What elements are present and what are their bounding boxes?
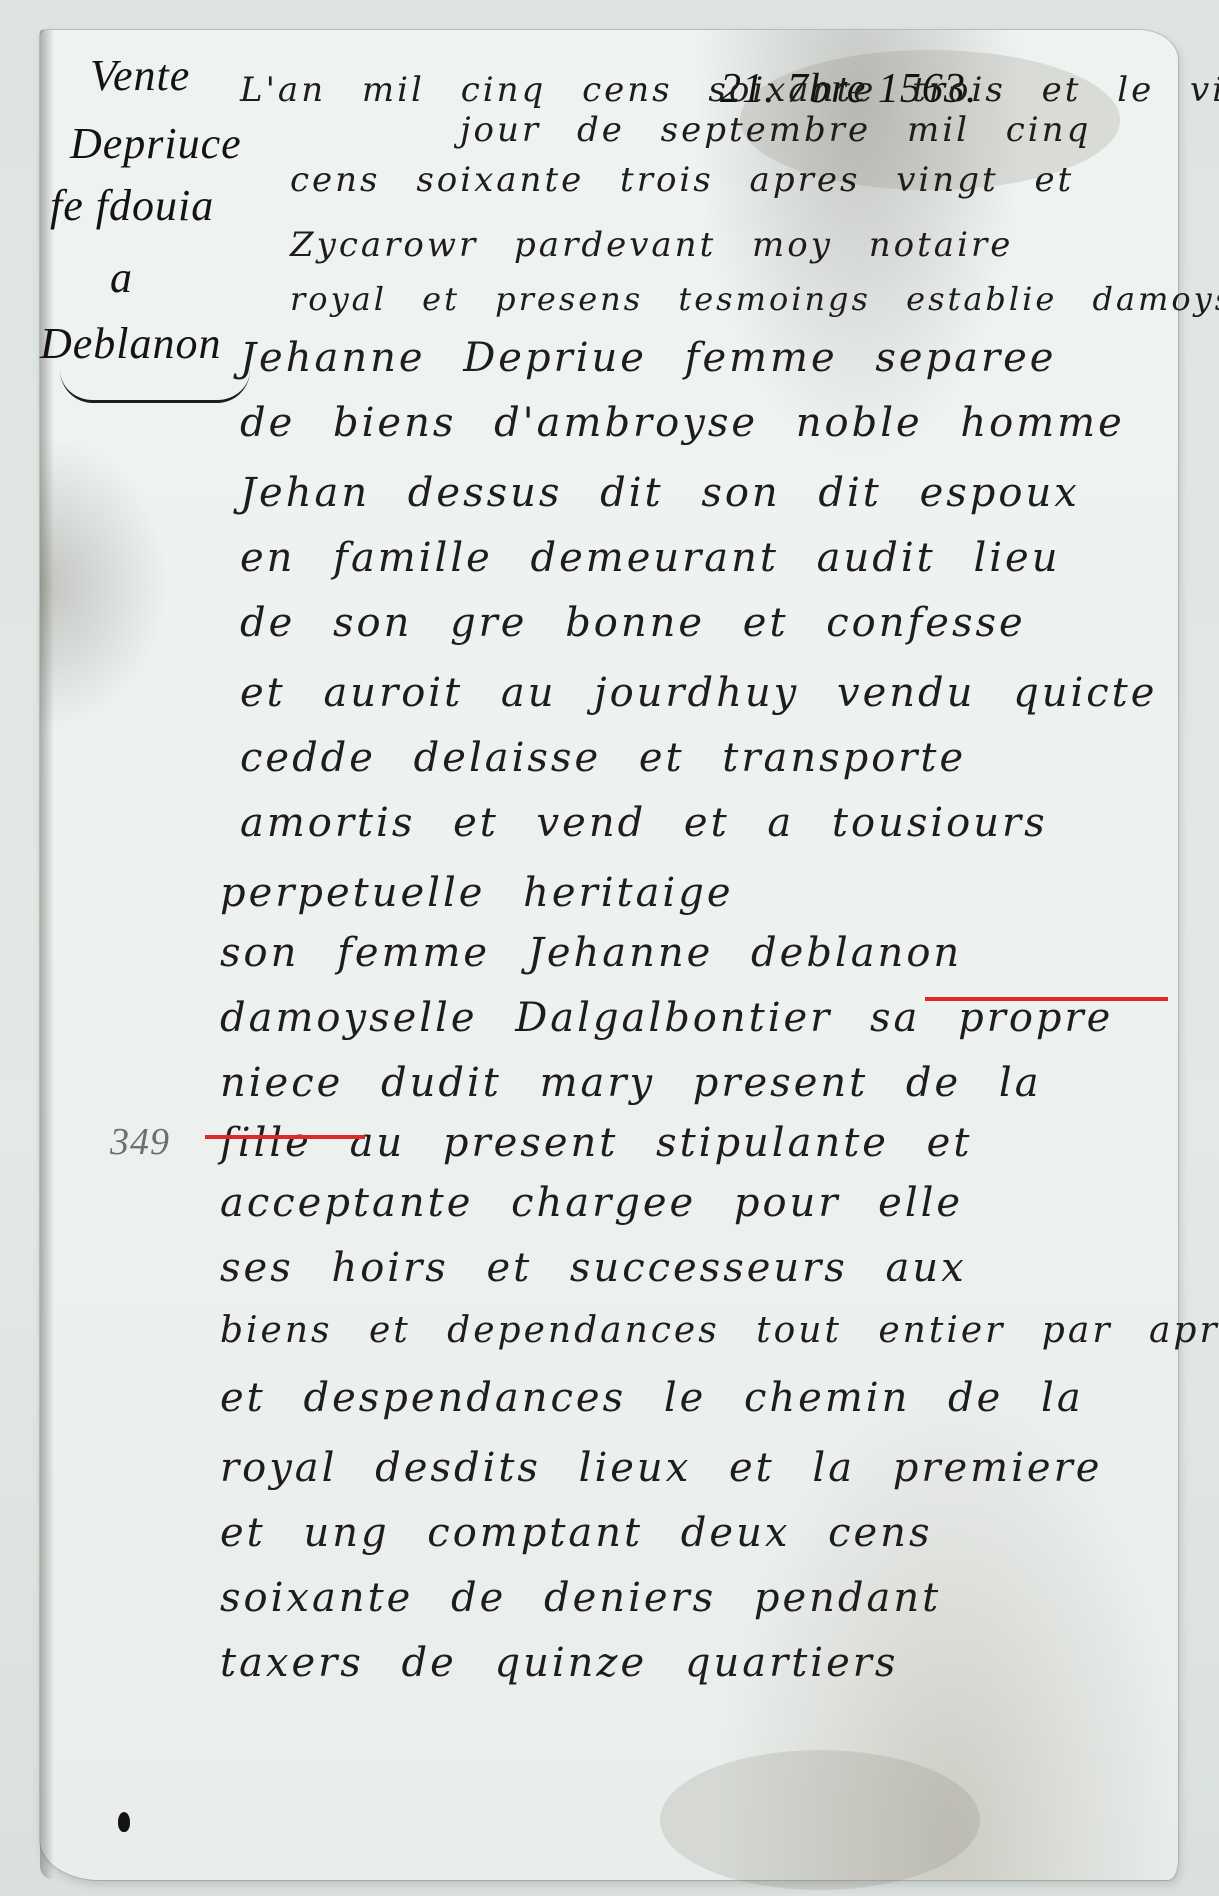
margin-flourish <box>60 370 250 403</box>
manuscript-sheet: Vente Depriuce fe fdouia a Deblanon 349 … <box>40 30 1178 1880</box>
body-line-24: et ung comptant deux cens <box>220 1510 932 1556</box>
margin-note-line-5: Deblanon <box>40 318 222 369</box>
body-line-2: jour de septembre mil cinq <box>460 110 1091 150</box>
body-line-22: et despendances le chemin de la <box>220 1375 1084 1421</box>
margin-note-line-3: fe fdouia <box>50 180 214 231</box>
body-line-11: et auroit au jourdhuy vendu quicte <box>240 670 1157 716</box>
body-line-16: damoyselle Dalgalbontier sa propre <box>220 995 1113 1041</box>
ink-hole-mark <box>118 1812 130 1832</box>
body-line-5: royal et presens tesmoings establie damo… <box>290 280 1219 318</box>
body-line-4: Zycarowr pardevant moy notaire <box>290 225 1013 265</box>
body-line-1: L'an mil cinq cens soixante trois et le … <box>240 70 1219 110</box>
body-line-25: soixante de deniers pendant <box>220 1575 941 1621</box>
body-line-10: de son gre bonne et confesse <box>240 600 1026 646</box>
body-line-20: ses hoirs et successeurs aux <box>220 1245 967 1291</box>
body-line-12: cedde delaisse et transporte <box>240 735 966 781</box>
body-line-8: Jehan dessus dit son dit espoux <box>240 470 1080 516</box>
body-line-21: biens et dependances tout entier par apr… <box>220 1310 1219 1351</box>
body-line-19: acceptante chargee pour elle <box>220 1180 963 1226</box>
red-underline-deblanon <box>925 997 1168 1001</box>
body-line-9: en famille demeurant audit lieu <box>240 535 1060 581</box>
margin-note-line-1: Vente <box>90 50 190 101</box>
folio-number: 349 <box>110 1120 170 1164</box>
manuscript-photo: Vente Depriuce fe fdouia a Deblanon 349 … <box>0 0 1219 1896</box>
water-stain-bottom <box>660 1750 980 1890</box>
body-line-23: royal desdits lieux et la premiere <box>220 1445 1102 1491</box>
body-line-17: niece dudit mary present de la <box>220 1060 1042 1106</box>
body-line-13: amortis et vend et a tousiours <box>240 800 1048 846</box>
body-line-14: perpetuelle heritaige <box>220 870 734 916</box>
margin-note-line-4: a <box>110 252 133 303</box>
body-line-3: cens soixante trois apres vingt et <box>290 160 1074 200</box>
body-line-7: de biens d'ambroyse noble homme <box>240 400 1125 446</box>
body-line-6: Jehanne Depriue femme separee <box>240 335 1056 381</box>
margin-note-line-2: Depriuce <box>70 118 242 169</box>
body-line-15: son femme Jehanne deblanon <box>220 930 962 976</box>
body-line-18: fille au present stipulante et <box>220 1120 972 1166</box>
body-line-26: taxers de quinze quartiers <box>220 1640 898 1686</box>
red-underline-fille <box>205 1135 365 1139</box>
